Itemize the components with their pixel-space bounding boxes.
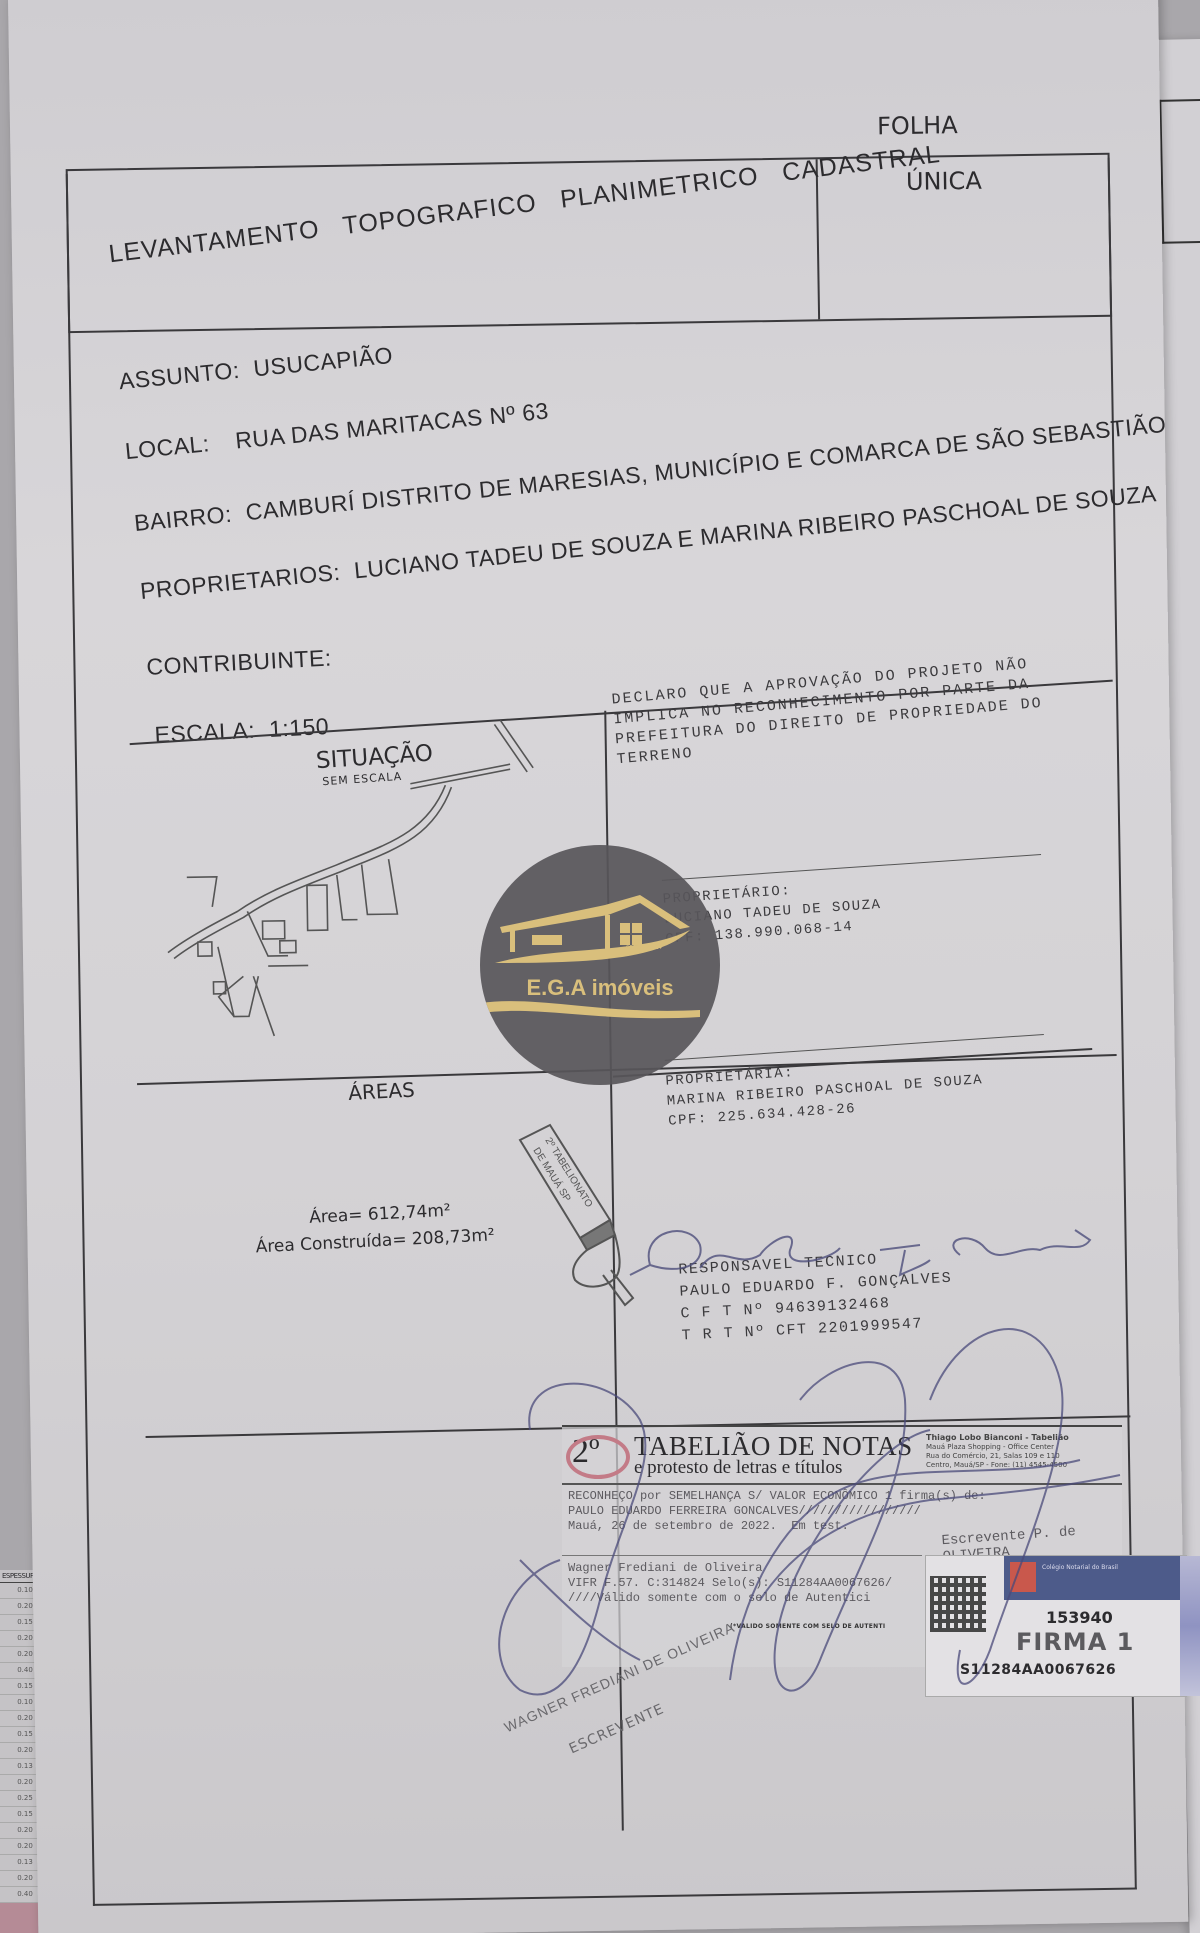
ega-imoveis-watermark-logo: CRECI 220524 E.G.A imóveis bbox=[480, 845, 720, 1085]
seal-type: FIRMA 1 bbox=[1016, 1628, 1134, 1656]
qr-code-icon bbox=[930, 1576, 986, 1632]
notary-number-ring bbox=[566, 1435, 630, 1479]
hologram-strip bbox=[1180, 1556, 1200, 1696]
seal-number: 153940 bbox=[1046, 1608, 1113, 1627]
seal-header: Colégio Notarial do Brasil bbox=[1042, 1564, 1118, 1572]
sheet-label: FOLHA bbox=[877, 111, 958, 140]
notary-number: 2º bbox=[572, 1433, 600, 1471]
notary-hand-stamp-icon: 2º TABELIONATO DE MAUÁ SP bbox=[515, 1110, 645, 1310]
authenticity-seal: Colégio Notarial do Brasil 153940 FIRMA … bbox=[925, 1555, 1187, 1697]
adjacent-sheet-frame: L bbox=[1159, 99, 1200, 244]
notary-subtitle: e protesto de letras e títulos bbox=[634, 1457, 842, 1479]
notary-rule bbox=[562, 1483, 1122, 1485]
house-logo-icon bbox=[480, 845, 720, 1085]
creci-number: CRECI 220524 bbox=[626, 945, 662, 951]
technical-responsible: RESPONSAVEL TECNICO PAULO EDUARDO F. GON… bbox=[678, 1246, 955, 1348]
recognition-text: RECONHEÇO por SEMELHANÇA S/ VALOR ECONÔM… bbox=[568, 1489, 986, 1534]
valid-note: (*VALIDO SOMENTE COM SELO DE AUTENTI bbox=[730, 1623, 885, 1630]
seal-code: S11284AA0067626 bbox=[960, 1662, 1116, 1678]
clerk-text: Wagner Frediani de Oliveira VIFR F.57. C… bbox=[568, 1561, 892, 1606]
watermark-brand: E.G.A imóveis bbox=[480, 975, 720, 1001]
notarial-college-logo-icon bbox=[1010, 1562, 1036, 1592]
notary-rule-2 bbox=[562, 1555, 922, 1556]
seal-header-band: Colégio Notarial do Brasil bbox=[1004, 1556, 1180, 1600]
areas-title: ÁREAS bbox=[348, 1078, 416, 1105]
notary-office-info: Thiago Lobo Bianconi - Tabelião Mauá Pla… bbox=[926, 1433, 1116, 1470]
